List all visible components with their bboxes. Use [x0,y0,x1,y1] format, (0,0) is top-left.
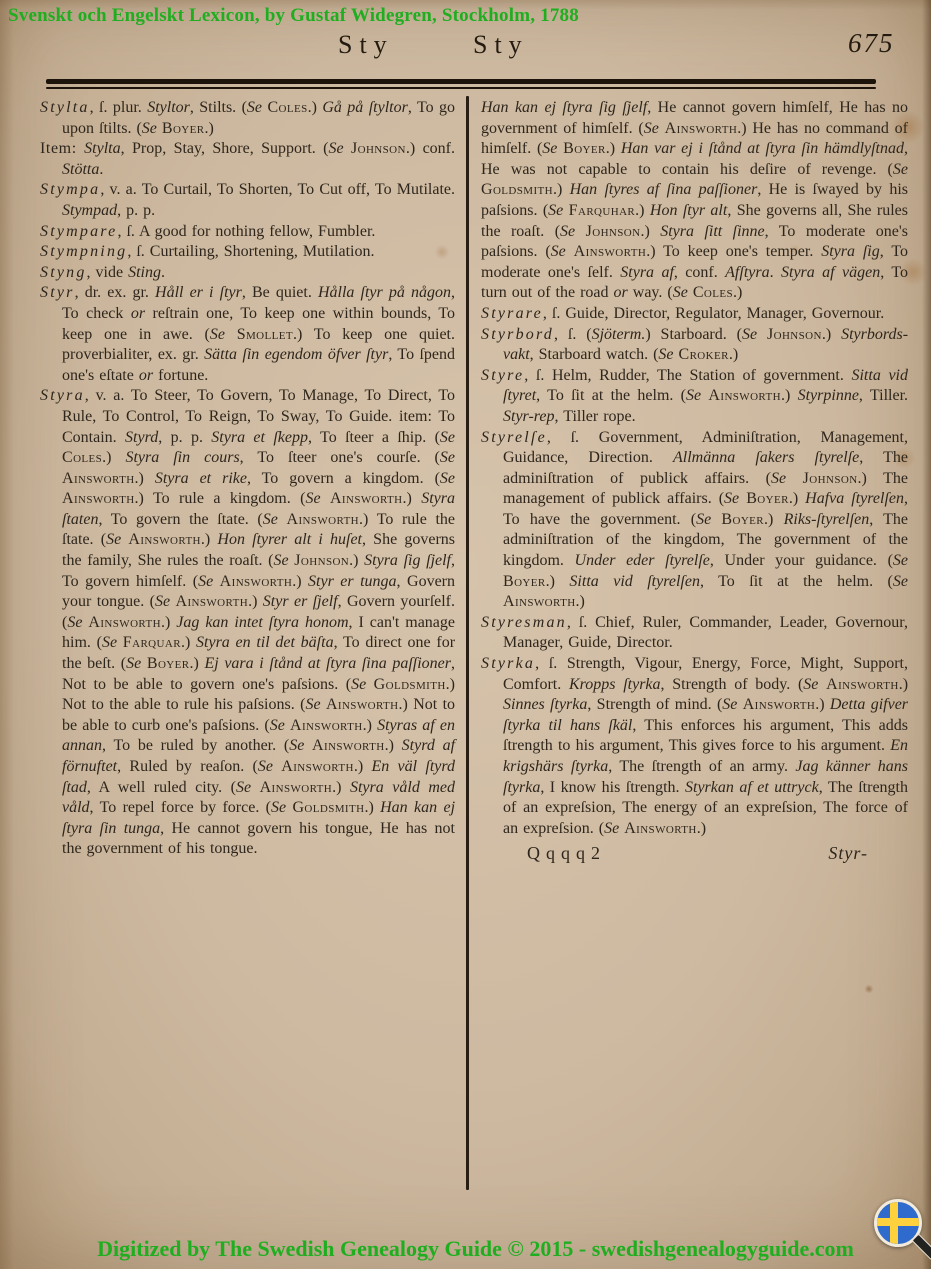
rule-thick [46,79,876,84]
entry-headword: Stylta [40,99,90,116]
digitization-footer-text: Digitized by The Swedish Genealogy Guide… [40,1236,911,1262]
entry-body: , ſ. (Sjöterm.) Starboard. (Se Johnson.)… [503,326,908,364]
entry-body: , v. a. To Steer, To Govern, To Manage, … [62,387,455,857]
running-head-right: Sty [473,30,529,60]
catchword: Styr- [828,843,868,864]
entry-headword: Styng [40,264,87,281]
entry-body: , ſ. Guide, Director, Regulator, Manager… [543,305,884,322]
flag-cross-vertical [890,1202,898,1244]
column-footer-line: Qqqq2Styr- [481,843,908,864]
entry-headword: Styre [481,367,524,384]
dictionary-entry: Styra, v. a. To Steer, To Govern, To Man… [40,386,455,860]
right-column: Han kan ej ſtyra ſig ſjelf, He cannot go… [481,98,908,864]
entry-body: Stylta, Prop, Stay, Shore, Support. (Se … [62,140,455,178]
entry-headword: Styresman [481,614,567,631]
scanned-book-page: Svenskt och Engelskt Lexicon, by Gustaf … [0,0,931,1269]
entry-headword: Styrbord [481,326,554,343]
entry-body: , ſ. Government, Adminiſtration, Managem… [503,429,908,611]
entry-body: , ſ. Helm, Rudder, The Station of govern… [503,367,908,425]
left-column: Stylta, ſ. plur. Styltor, Stilts. (Se Co… [40,98,455,864]
dictionary-entry: Styr, dr. ex. gr. Håll er i ſtyr, Be qui… [40,283,455,386]
entry-body: , vide Sting. [87,264,165,281]
dictionary-entry: Stympa, v. a. To Curtail, To Shorten, To… [40,180,455,221]
entry-headword: Item: [40,140,77,157]
entry-headword: Stympare [40,223,117,240]
dictionary-entry: Styrelſe, ſ. Government, Adminiſtration,… [481,428,908,613]
entry-headword: Styrare [481,305,543,322]
entry-body: , ſ. plur. Styltor, Stilts. (Se Coles.) … [62,99,455,137]
dictionary-entry: Styresman, ſ. Chief, Ruler, Commander, L… [481,613,908,654]
rule-thin [46,87,876,89]
entry-body: , ſ. Curtailing, Shortening, Mutilation. [127,243,374,260]
dictionary-entry: Styrare, ſ. Guide, Director, Regulator, … [481,304,908,325]
swedish-flag-magnifier-icon [872,1199,928,1265]
dictionary-columns: Stylta, ſ. plur. Styltor, Stilts. (Se Co… [40,98,908,864]
entry-headword: Styr [40,284,75,301]
magnifier-handle [911,1233,931,1260]
entry-body: , ſ. A good for nothing fellow, Fumbler. [117,223,375,240]
dictionary-entry: Item: Stylta, Prop, Stay, Shore, Support… [40,139,455,180]
running-head-left: Sty [338,30,394,60]
page-number: 675 [848,28,895,59]
header-double-rule [46,79,876,89]
entry-headword: Stympa [40,181,100,198]
dictionary-entry: Styrbord, ſ. (Sjöterm.) Starboard. (Se J… [481,325,908,366]
entry-body: Han kan ej ſtyra ſig ſjelf, He cannot go… [481,99,908,301]
dictionary-entry: Stympning, ſ. Curtailing, Shortening, Mu… [40,242,455,263]
dictionary-entry: Styng, vide Sting. [40,263,455,284]
dictionary-entry: Stylta, ſ. plur. Styltor, Stilts. (Se Co… [40,98,455,139]
dictionary-entry: Han kan ej ſtyra ſig ſjelf, He cannot go… [481,98,908,304]
gathering-signature: Qqqq2 [527,843,606,864]
entry-body: , v. a. To Curtail, To Shorten, To Cut o… [62,181,455,219]
dictionary-entry: Styrka, ſ. Strength, Vigour, Energy, For… [481,654,908,839]
dictionary-entry: Stympare, ſ. A good for nothing fellow, … [40,222,455,243]
entry-body: , dr. ex. gr. Håll er i ſtyr, Be quiet. … [62,284,455,383]
entry-headword: Styrka [481,655,535,672]
entry-headword: Styra [40,387,85,404]
entry-body: , ſ. Strength, Vigour, Energy, Force, Mi… [503,655,908,837]
digitization-header-text: Svenskt och Engelskt Lexicon, by Gustaf … [8,5,579,27]
dictionary-entry: Styre, ſ. Helm, Rudder, The Station of g… [481,366,908,428]
flag-cross-horizontal [877,1218,919,1226]
entry-headword: Stympning [40,243,127,260]
entry-headword: Styrelſe [481,429,547,446]
